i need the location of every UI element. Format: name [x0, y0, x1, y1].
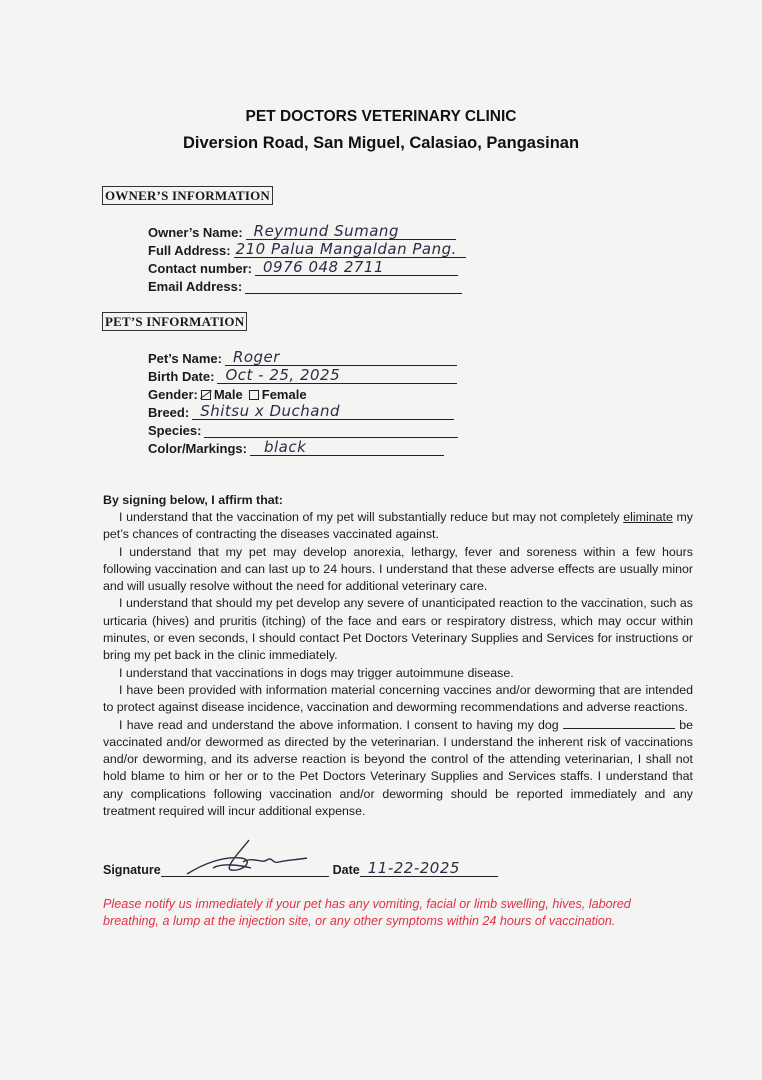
owner-name-input[interactable]: Reymund Sumang [246, 222, 456, 240]
color-markings-input[interactable]: black [250, 438, 444, 456]
full-address-input[interactable]: 210 Palua Mangaldan Pang. [234, 240, 466, 258]
dog-name-blank[interactable] [563, 718, 675, 729]
species-label: Species: [148, 423, 201, 438]
contact-number-input[interactable]: 0976 048 2711 [255, 258, 458, 276]
date-label: Date [333, 863, 360, 877]
email-address-input[interactable] [245, 276, 462, 294]
clinic-name: PET DOCTORS VETERINARY CLINIC [0, 108, 762, 126]
owner-name-field: Owner’s Name: Reymund Sumang [148, 222, 456, 240]
p6-text-b: be vaccinated and/or dewormed as directe… [103, 718, 693, 818]
owner-name-label: Owner’s Name: [148, 225, 243, 240]
vaccination-consent-form: PET DOCTORS VETERINARY CLINIC Diversion … [0, 0, 762, 1080]
signature-input[interactable] [161, 860, 329, 877]
color-markings-field: Color/Markings: black [148, 438, 444, 456]
post-vaccination-notice: Please notify us immediately if your pet… [103, 896, 673, 930]
full-address-label: Full Address: [148, 243, 231, 258]
contact-number-value: 0976 048 2711 [263, 258, 384, 276]
gender-female-label: Female [262, 387, 307, 402]
full-address-value: 210 Palua Mangaldan Pang. [236, 240, 457, 258]
affirmation-heading: By signing below, I affirm that: [103, 492, 693, 509]
gender-field: Gender: Male Female [148, 384, 307, 402]
birth-date-value: Oct - 25, 2025 [225, 366, 340, 384]
affirmation-paragraph-5: I have been provided with information ma… [103, 682, 693, 717]
email-address-label: Email Address: [148, 279, 242, 294]
gender-female-checkbox[interactable] [249, 390, 259, 400]
affirmation-paragraph-6: I have read and understand the above inf… [103, 717, 693, 821]
affirmation-paragraph-1: I understand that the vaccination of my … [103, 509, 693, 544]
breed-field: Breed: Shitsu x Duchand [148, 402, 454, 420]
gender-label: Gender: [148, 387, 198, 402]
email-address-field: Email Address: [148, 276, 462, 294]
p1-text-a: I understand that the vaccination of my … [119, 510, 623, 524]
pet-name-label: Pet’s Name: [148, 351, 222, 366]
gender-male-checkbox[interactable] [201, 390, 211, 400]
species-field: Species: [148, 420, 458, 438]
signature-label: Signature [103, 863, 161, 877]
signature-date-input[interactable]: 11-22-2025 [360, 860, 498, 877]
p6-text-a: I have read and understand the above inf… [119, 718, 563, 732]
breed-input[interactable]: Shitsu x Duchand [192, 402, 454, 420]
birth-date-label: Birth Date: [148, 369, 214, 384]
affirmation-paragraph-2: I understand that my pet may develop ano… [103, 544, 693, 596]
birth-date-field: Birth Date: Oct - 25, 2025 [148, 366, 457, 384]
breed-label: Breed: [148, 405, 189, 420]
pet-section-heading: PET’S INFORMATION [102, 312, 247, 331]
color-markings-label: Color/Markings: [148, 441, 247, 456]
handwritten-signature-icon [183, 838, 313, 882]
birth-date-input[interactable]: Oct - 25, 2025 [217, 366, 457, 384]
p1-underlined: eliminate [623, 510, 673, 524]
pet-name-input[interactable]: Roger [225, 348, 457, 366]
color-markings-value: black [264, 438, 306, 456]
clinic-address: Diversion Road, San Miguel, Calasiao, Pa… [0, 134, 762, 153]
affirmation-paragraphs: I understand that the vaccination of my … [103, 509, 693, 820]
contact-number-label: Contact number: [148, 261, 252, 276]
signature-row: Signature Date 11-22-2025 [103, 860, 498, 877]
breed-value: Shitsu x Duchand [200, 402, 340, 420]
owner-name-value: Reymund Sumang [254, 222, 399, 240]
owner-section-heading: OWNER’S INFORMATION [102, 186, 273, 205]
affirmation-paragraph-4: I understand that vaccinations in dogs m… [103, 665, 693, 682]
contact-number-field: Contact number: 0976 048 2711 [148, 258, 458, 276]
affirmation-paragraph-3: I understand that should my pet develop … [103, 595, 693, 664]
pet-name-value: Roger [233, 348, 280, 366]
signature-date-value: 11-22-2025 [368, 859, 460, 877]
pet-name-field: Pet’s Name: Roger [148, 348, 457, 366]
full-address-field: Full Address: 210 Palua Mangaldan Pang. [148, 240, 466, 258]
species-input[interactable] [204, 420, 458, 438]
gender-male-label: Male [214, 387, 243, 402]
